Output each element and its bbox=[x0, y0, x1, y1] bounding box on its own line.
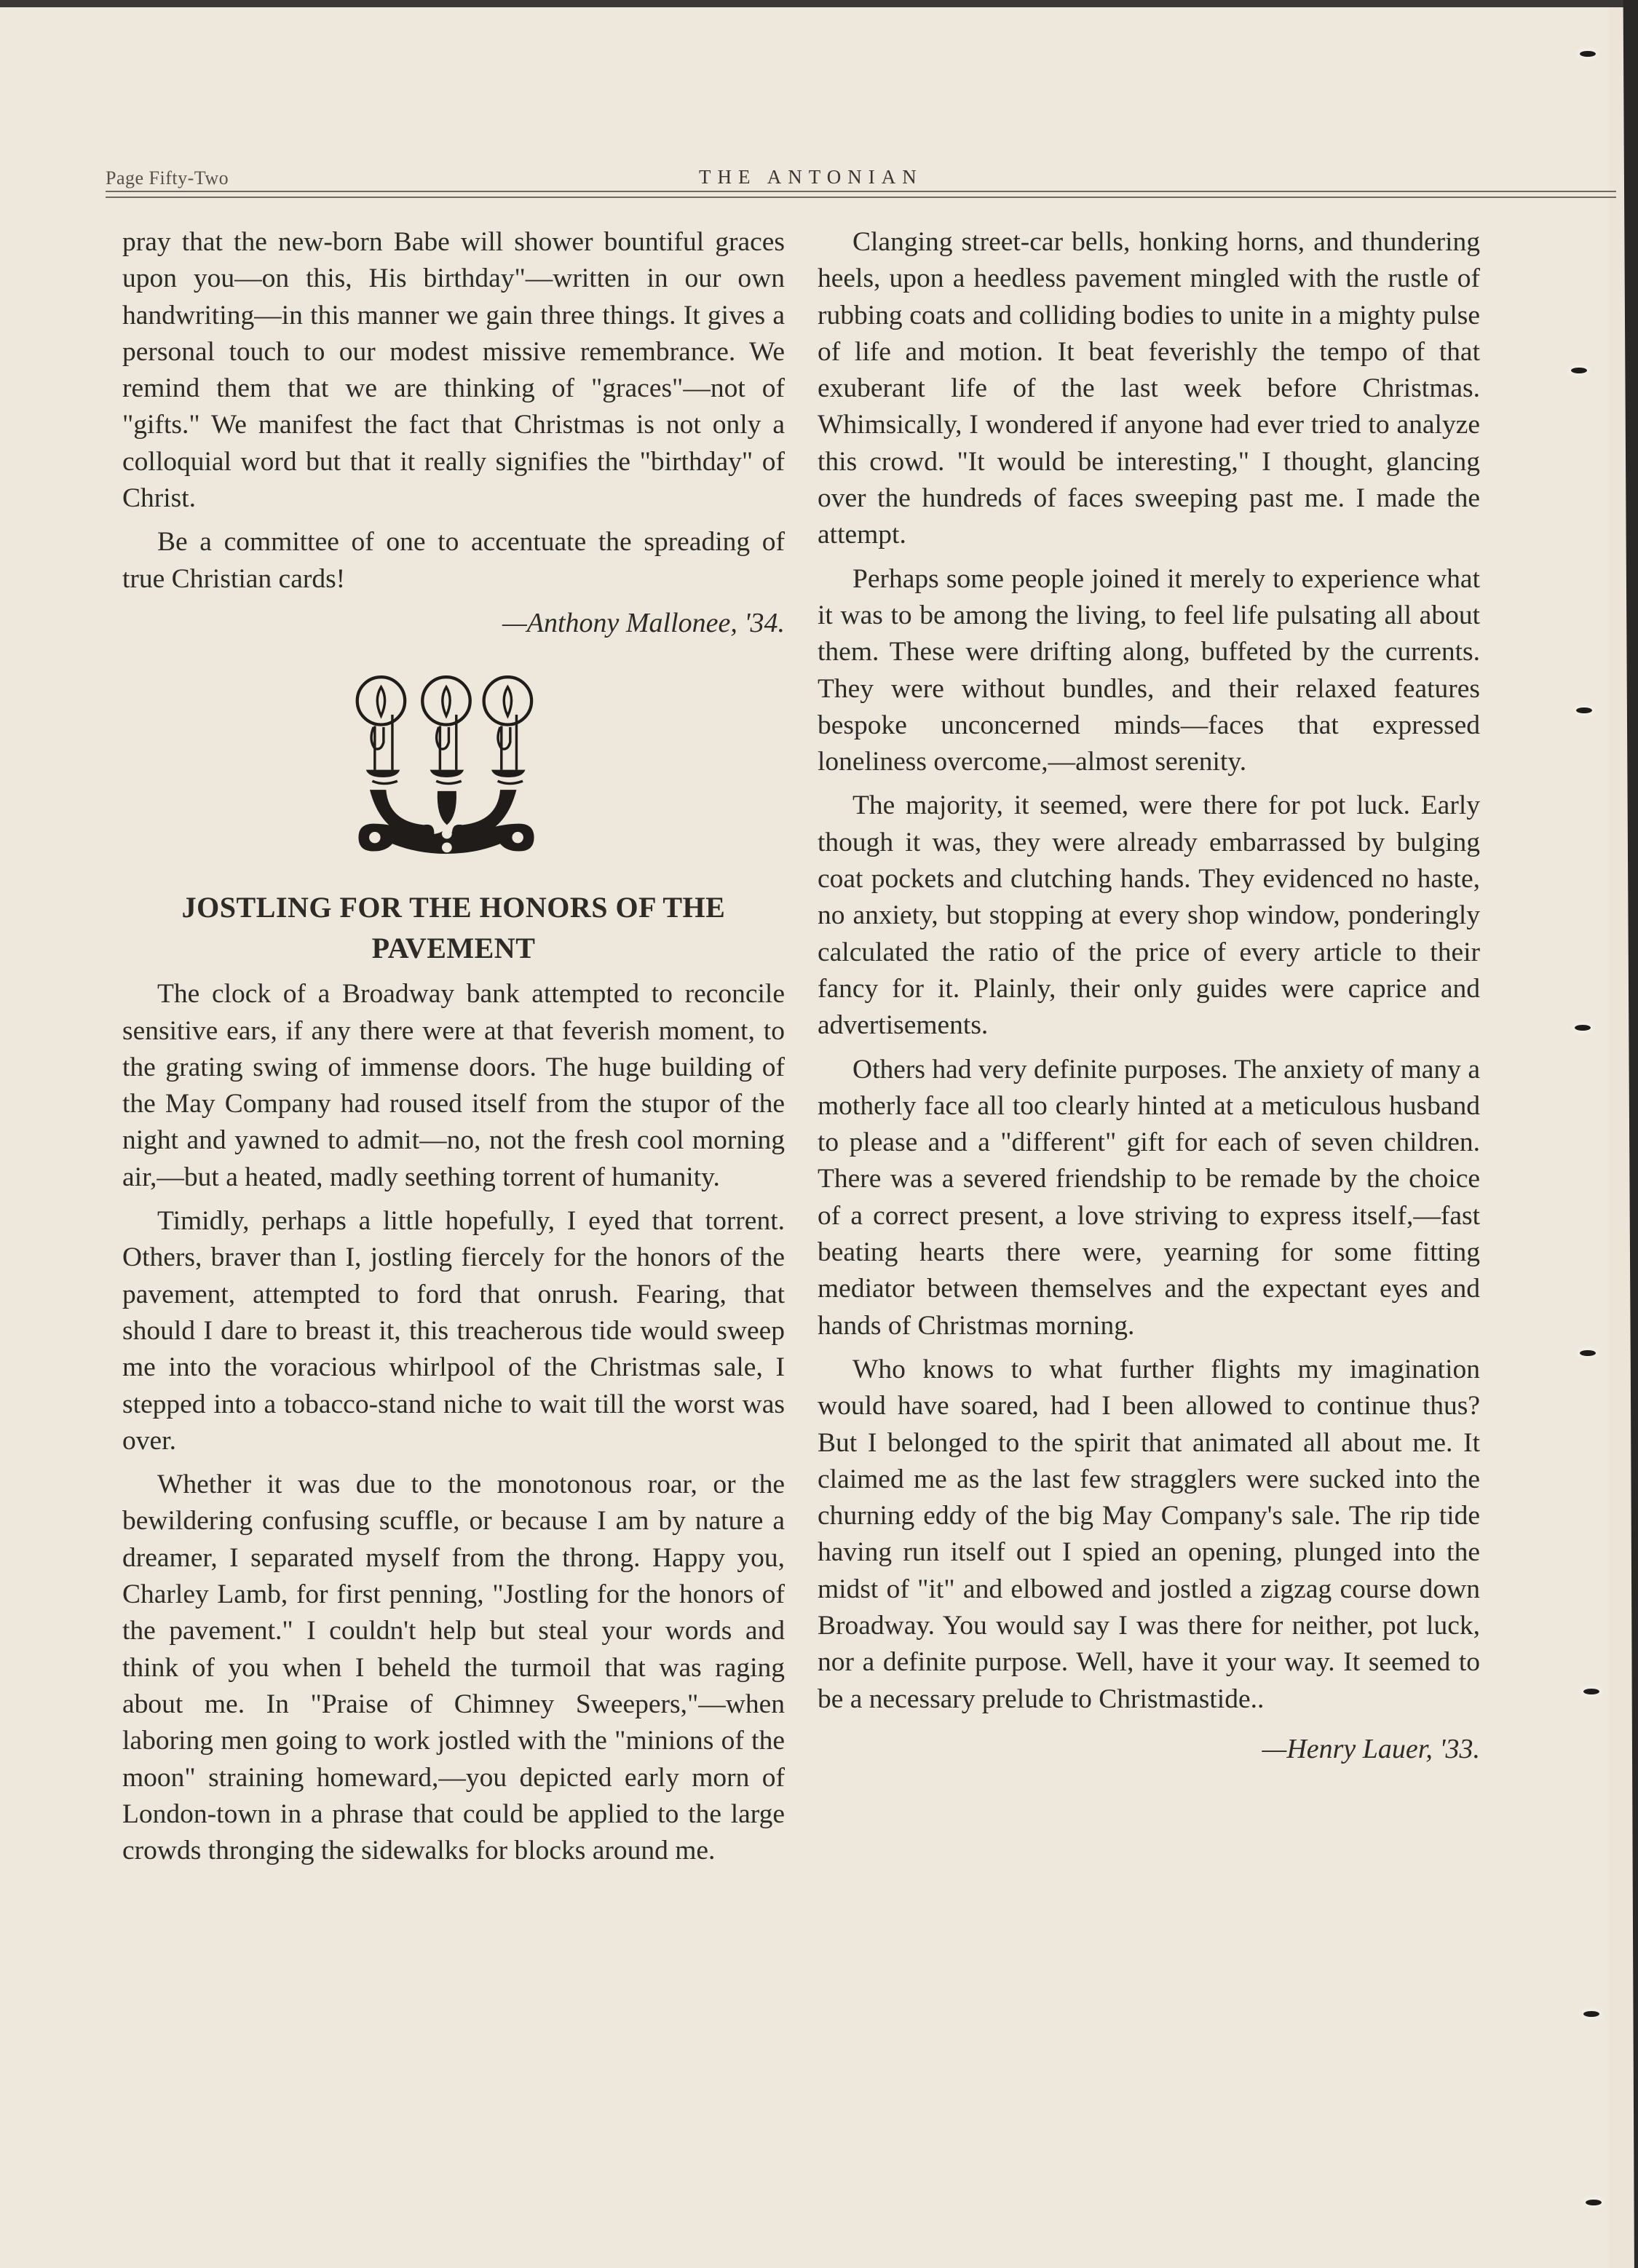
three-candle-candelabra-icon bbox=[333, 654, 559, 873]
paragraph: Timidly, perhaps a little hopefully, I e… bbox=[122, 1203, 785, 1459]
author-signature: —Henry Lauer, '33. bbox=[818, 1731, 1480, 1767]
punch-hole bbox=[1583, 1689, 1599, 1694]
punch-hole bbox=[1586, 2200, 1602, 2205]
paragraph: Whether it was due to the monotonous roa… bbox=[122, 1467, 785, 1869]
punch-hole bbox=[1576, 707, 1592, 713]
paragraph: Be a committee of one to accentuate the … bbox=[122, 524, 785, 598]
right-column: Clanging street-car bells, honking horns… bbox=[818, 224, 1480, 1775]
header-double-rule bbox=[106, 191, 1616, 198]
page-number: Page Fifty-Two bbox=[106, 167, 229, 189]
punch-hole bbox=[1583, 2011, 1599, 2017]
paragraph: Others had very definite purposes. The a… bbox=[818, 1052, 1480, 1344]
scan-top-edge bbox=[0, 0, 1638, 7]
magazine-title: THE ANTONIAN bbox=[699, 166, 923, 189]
paragraph: Who knows to what further flights my ima… bbox=[818, 1352, 1480, 1718]
punch-hole bbox=[1580, 1350, 1596, 1356]
paragraph: Perhaps some people joined it merely to … bbox=[818, 561, 1480, 781]
left-column: pray that the new-born Babe will shower … bbox=[122, 224, 785, 1876]
binding-edge-shadow bbox=[1613, 0, 1638, 2268]
author-signature: —Anthony Mallonee, '34. bbox=[122, 605, 785, 641]
paragraph: The majority, it seemed, were there for … bbox=[818, 788, 1480, 1044]
article-title: JOSTLING FOR THE HONORS OF THE PAVEMENT bbox=[122, 887, 785, 969]
running-header: Page Fifty-Two THE ANTONIAN bbox=[106, 164, 1613, 194]
paragraph: pray that the new-born Babe will shower … bbox=[122, 224, 785, 517]
paragraph: Clanging street-car bells, honking horns… bbox=[818, 224, 1480, 554]
punch-hole bbox=[1571, 368, 1587, 373]
punch-hole bbox=[1580, 51, 1596, 57]
paragraph: The clock of a Broadway bank attempted t… bbox=[122, 976, 785, 1196]
punch-hole bbox=[1575, 1025, 1591, 1031]
